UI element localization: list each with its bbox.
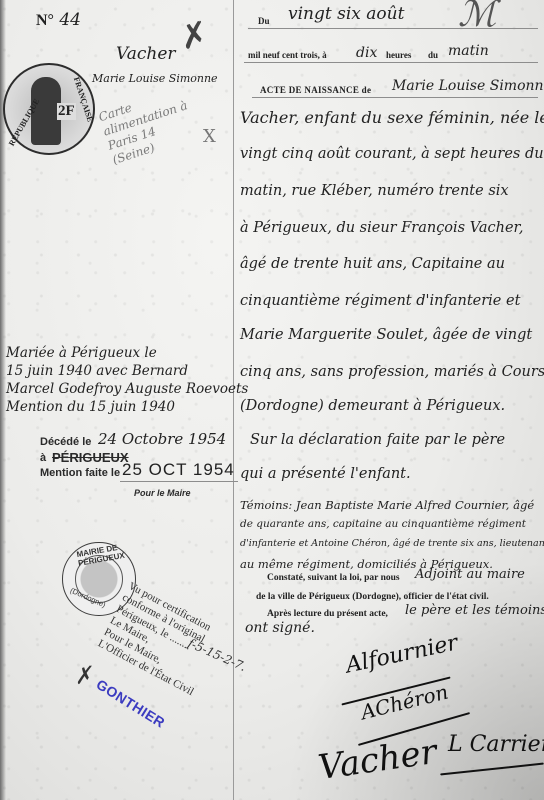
body-line: à Périgueux, du sieur François Vacher, [240, 220, 524, 236]
place-prefix: à [40, 452, 46, 464]
body-line: de quarante ans, capitaine au cinquantiè… [240, 518, 526, 530]
body-line: Marie Marguerite Soulet, âgée de vingt [240, 327, 532, 343]
record-period: matin [448, 43, 489, 59]
header-rule [244, 62, 538, 63]
body-line: Témoins: Jean Baptiste Marie Alfred Cour… [240, 498, 534, 512]
act-number: N° 44 [36, 10, 81, 30]
du2-label: du [428, 50, 438, 60]
birth-certificate-page: N° 44 ✗ Vacher Marie Louise Simonne Cart… [0, 0, 544, 800]
body-line: (Dordogne) demeurant à Périgueux. [240, 398, 505, 414]
body-line: vingt cinq août courant, à sept heures d… [240, 146, 544, 162]
marriage-mention: Mariée à Périgueux le 15 juin 1940 avec … [6, 344, 248, 416]
body-line: cinquantième régiment d'infanterie et [240, 293, 520, 309]
body-line: Vacher, enfant du sexe féminin, née le [240, 108, 544, 127]
record-date: vingt six août [288, 4, 404, 24]
body-line: âgé de trente huit ans, Capitaine au [240, 256, 505, 272]
mention-date: 25 OCT 1954 [122, 460, 235, 480]
signatories-text: le père et les témoins [405, 603, 544, 618]
mention-label: Mention faite le [40, 467, 120, 479]
corner-flourish-icon: ℳ [458, 0, 497, 35]
officer-title: Adjoint au maire [415, 567, 525, 582]
death-place: PÉRIGUEUX [52, 450, 129, 465]
officer-name-stamp: GONTHIER [94, 676, 169, 731]
margin-first-names: Marie Louise Simonne [92, 72, 218, 85]
du-label: Du [258, 16, 270, 26]
deceased-label: Décédé le [40, 436, 91, 448]
apres-lecture-label: Après lecture du présent acte, [267, 609, 388, 619]
header-rule [248, 28, 538, 29]
officer-signature-icon: ✗ [72, 663, 94, 691]
constate-label: Constaté, suivant la loi, par nous [267, 573, 400, 583]
year-label: mil neuf cent trois, à [248, 50, 327, 60]
child-first-names: Marie Louise Simonne [392, 78, 544, 94]
signature-officer: L Carrier [448, 732, 544, 757]
header-rule [252, 97, 538, 98]
ont-signe-text: ont signé. [245, 620, 315, 636]
heures-label: heures [386, 50, 411, 60]
cross-mark-icon: ✗ [176, 13, 212, 58]
record-hour: dix [356, 45, 377, 61]
acte-de-naissance-label: ACTE DE NAISSANCE de [260, 85, 371, 95]
body-line: d'infanterie et Antoine Chéron, âgé de t… [240, 538, 544, 549]
body-line: cinq ans, sans profession, mariés à Cour… [240, 364, 544, 380]
body-line: Sur la déclaration faite par le père [250, 432, 505, 448]
mention-rule [120, 481, 238, 482]
pour-le-maire-label: Pour le Maire [134, 488, 191, 498]
fiscal-stamp-value: 2F [57, 103, 76, 120]
ville-label: de la ville de Périgueux (Dordogne), off… [256, 592, 489, 602]
fiscal-stamp-icon: RÉPUBLIQUE FRANÇAISE 2F [3, 63, 95, 155]
body-line: qui a présenté l'enfant. [240, 466, 411, 482]
pencil-note: Carte alimentation à Paris 14 (Seine) [97, 84, 199, 168]
pencil-x-mark: X [203, 126, 216, 147]
body-line: matin, rue Kléber, numéro trente six [240, 183, 509, 199]
deceased-date: 24 Octobre 1954 [98, 430, 226, 448]
margin-surname: Vacher [116, 44, 176, 64]
act-number-value: 44 [59, 10, 81, 30]
act-number-prefix: N° [36, 12, 54, 29]
